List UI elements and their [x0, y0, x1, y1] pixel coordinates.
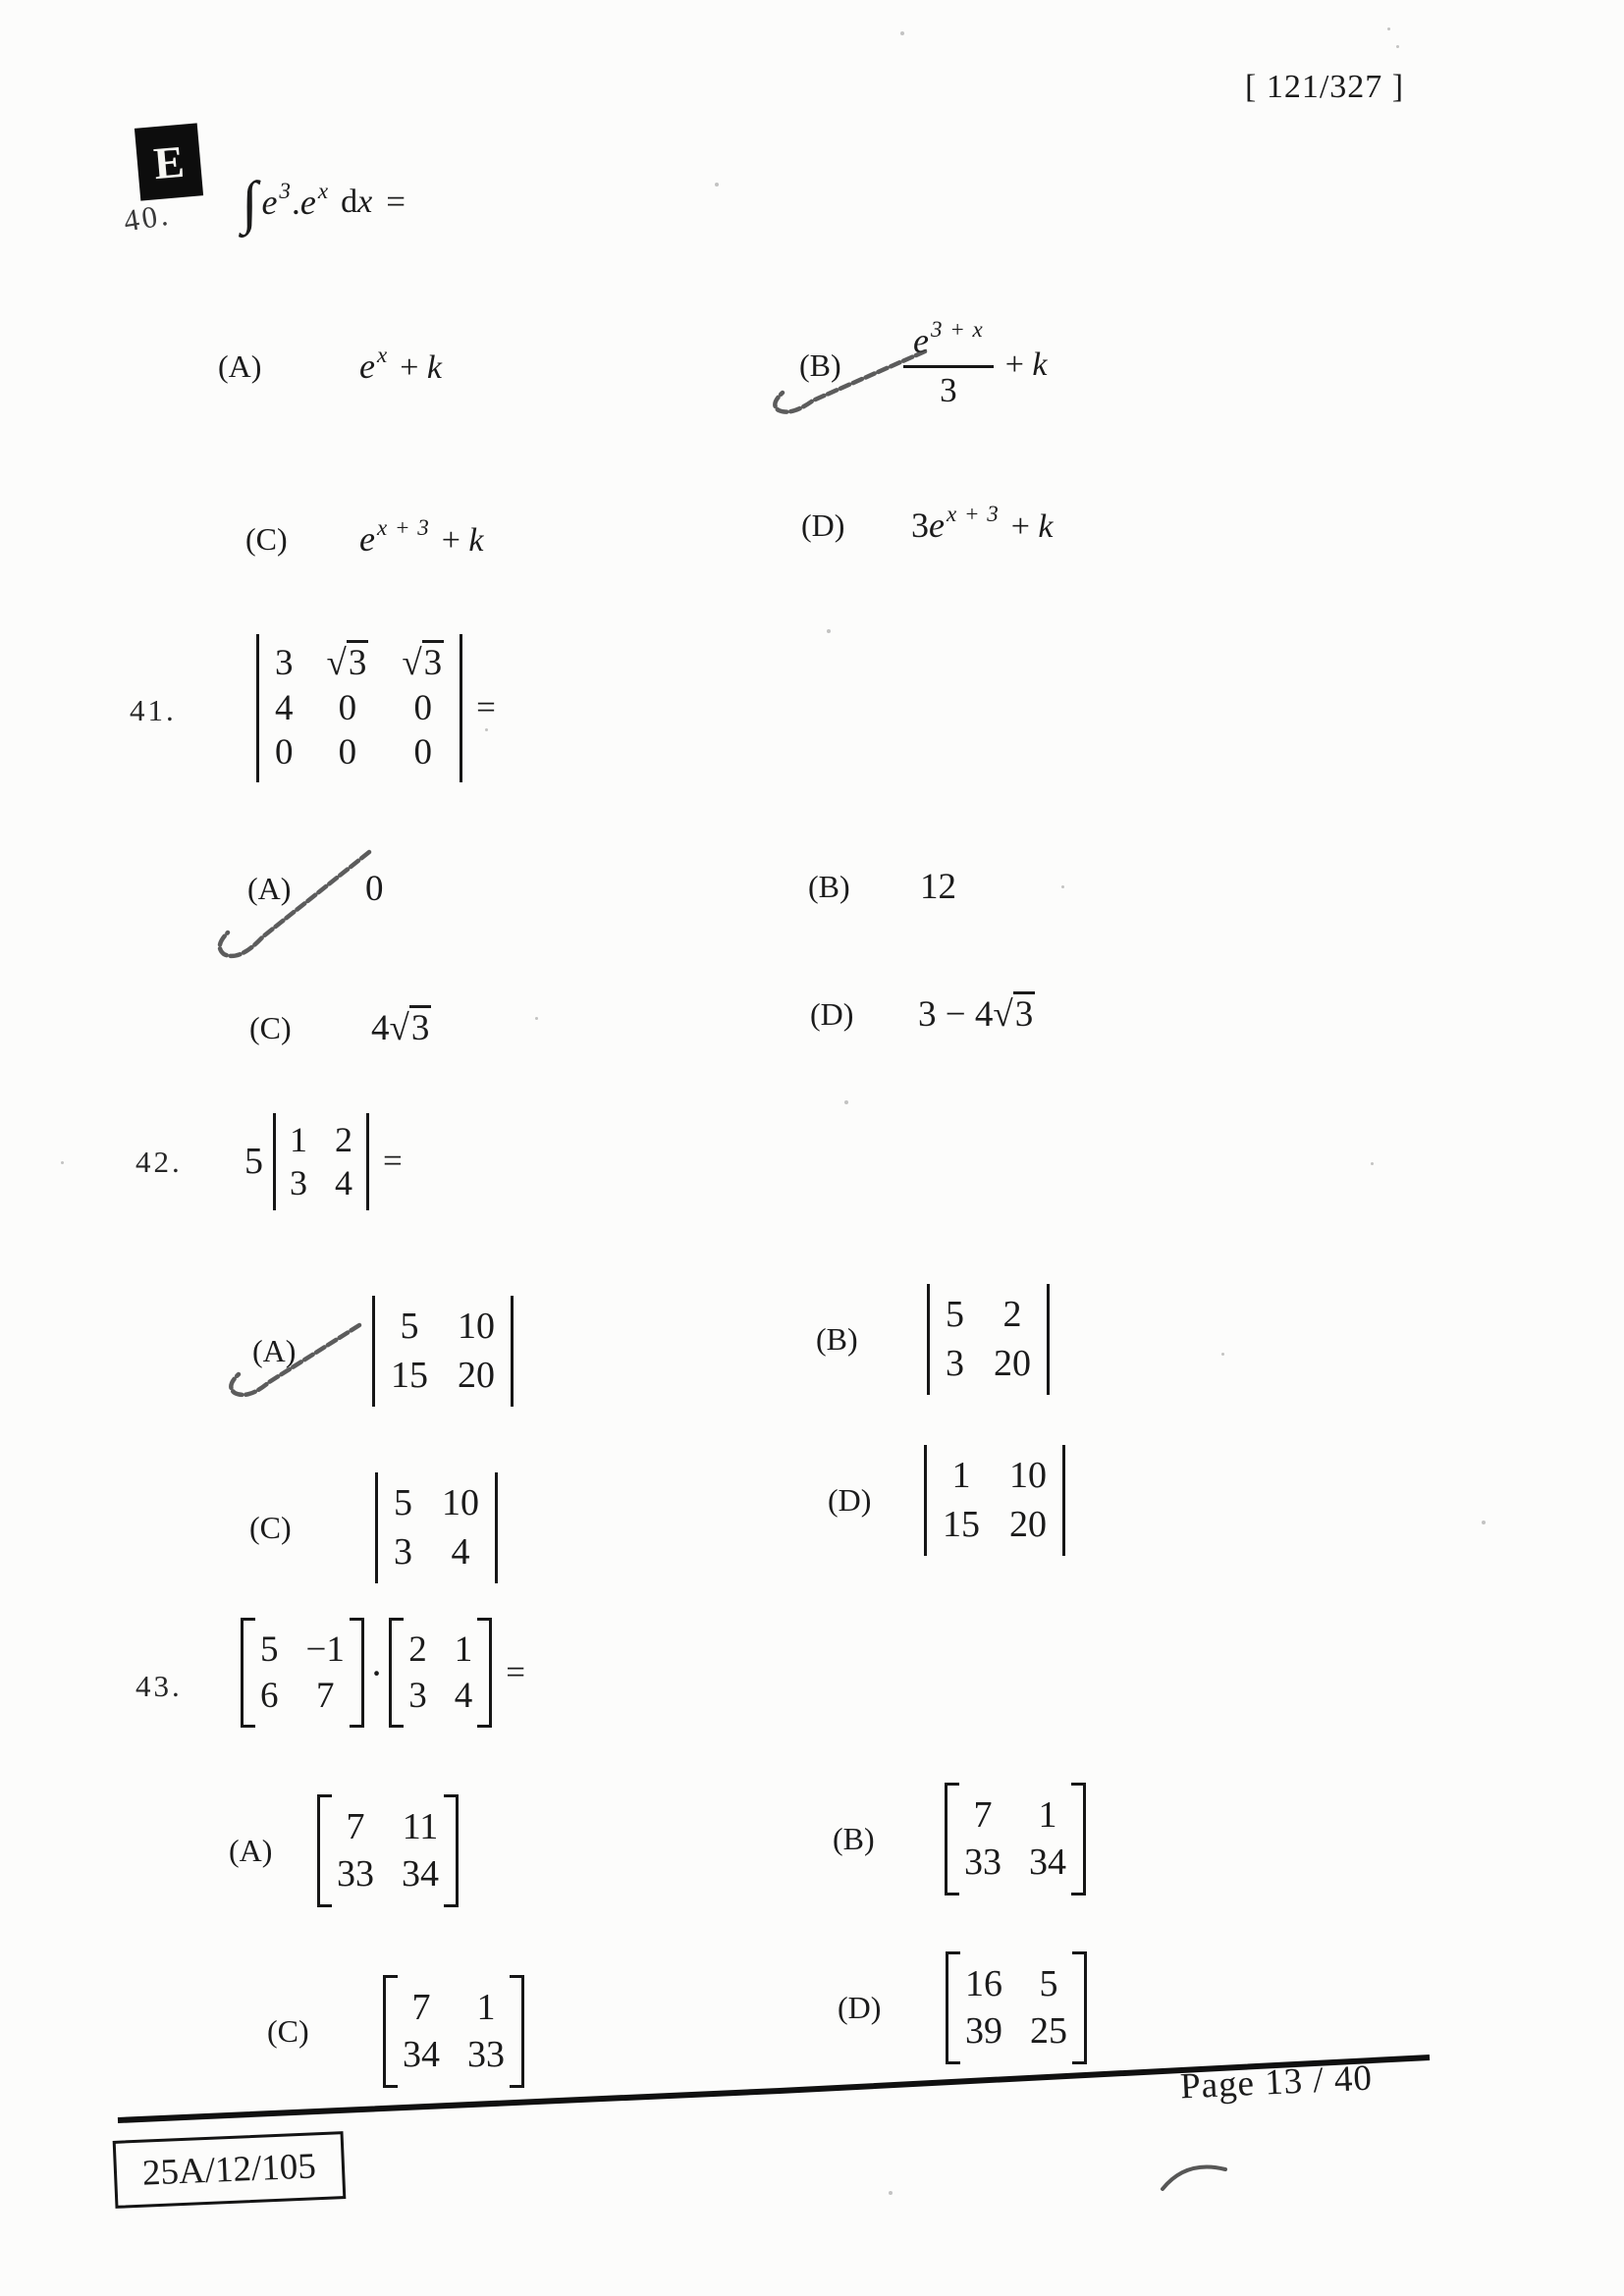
matrix-cell: 1 [455, 1628, 473, 1672]
fraction-denominator: 3 [940, 368, 957, 410]
constant-k: k [1038, 508, 1053, 545]
option-label: (D) [810, 996, 867, 1033]
matrix-cell: 3 [408, 1674, 427, 1718]
matrix-cell: 10 [458, 1304, 495, 1351]
option-formula: 3ex + 3+ k [911, 505, 1054, 546]
constant-k: k [427, 349, 442, 386]
integral-sign: ∫ [242, 173, 257, 232]
q41-option-d: (D) 3 − 4√3 [810, 993, 1035, 1036]
paper-code: 25A/12/105 [141, 2146, 316, 2193]
matrix-cell: 16 [965, 1961, 1002, 2006]
fraction-numerator-exponent: 3 + x [931, 317, 984, 343]
stem-exponent: x [318, 179, 329, 204]
matrix-cell: 4 [335, 1162, 352, 1203]
page-number: Page 13 / 40 [1179, 2057, 1374, 2109]
matrix-cell: 10 [1009, 1453, 1047, 1500]
scan-speck [844, 1100, 848, 1104]
matrix-cell: 1 [952, 1453, 971, 1500]
matrix-cell: 33 [337, 1851, 374, 1896]
scan-speck [900, 31, 904, 35]
equals-sign: = [383, 1142, 403, 1181]
q41-number: 41. [130, 693, 177, 728]
matrix-cell: 5 [401, 1304, 419, 1351]
matrix-cell: 4 [452, 1529, 470, 1576]
option-label: (B) [816, 1321, 873, 1358]
matrix-cell: 11 [403, 1804, 439, 1849]
matrix-cell: 5 [394, 1480, 412, 1527]
stem-coefficient: 5 [244, 1140, 263, 1183]
scanned-exam-page: E [ 121/327 ] 40. ∫ e3 . ex dx = (A) ex+… [0, 0, 1624, 2296]
q42-stem: 5 1234 = [244, 1113, 403, 1210]
determinant: 1101520 [924, 1445, 1065, 1556]
q43-option-b: (B) 713334 [833, 1783, 1086, 1896]
equals-sign: = [476, 688, 496, 727]
scan-speck [889, 2191, 893, 2195]
q42-option-c: (C) 51034 [249, 1472, 498, 1583]
booklet-code-box: E [135, 123, 203, 200]
option-label: (A) [218, 348, 275, 385]
tick-mark [202, 840, 377, 976]
matrix-cell: 20 [1009, 1502, 1047, 1549]
matrix-cell: −1 [306, 1628, 345, 1672]
formula-exponent: x + 3 [377, 515, 430, 541]
option-label: (D) [838, 1990, 894, 2026]
constant-k: k [468, 522, 483, 559]
q42-number: 42. [135, 1145, 183, 1180]
q42-option-b: (B) 52320 [816, 1284, 1050, 1395]
scan-speck [827, 629, 831, 633]
formula-coefficient: 3 [911, 506, 929, 545]
scan-speck [715, 183, 719, 187]
matrix-cell: 34 [402, 1851, 439, 1896]
matrix-cell: 7 [347, 1804, 365, 1849]
matrix: 5−167 [241, 1618, 364, 1728]
option-value: 3 − 4√3 [918, 993, 1035, 1036]
matrix-cell: 3 [275, 642, 294, 685]
corner-ref: [ 121/327 ] [1245, 69, 1404, 106]
determinant: 52320 [927, 1284, 1050, 1395]
dot-separator: . [292, 182, 300, 223]
option-label: (C) [245, 521, 302, 558]
option-value: 4√3 [371, 1007, 431, 1049]
tick-mark [216, 1315, 365, 1410]
formula-exponent: x [377, 343, 388, 368]
plus-sign: + [1005, 347, 1024, 383]
matrix-cell: 15 [391, 1353, 428, 1400]
option-label: (B) [833, 1821, 890, 1857]
matrix-cell: 1 [1039, 1792, 1057, 1838]
scan-speck [1061, 885, 1064, 888]
q41-option-c: (C) 4√3 [249, 1007, 431, 1049]
matrix: 7113334 [317, 1794, 459, 1907]
matrix-cell: 20 [994, 1341, 1031, 1388]
q41-option-b: (B) 12 [808, 866, 956, 908]
formula-base: e [359, 519, 375, 559]
matrix-cell: 0 [413, 731, 432, 774]
scan-speck [1482, 1521, 1486, 1524]
option-label: (A) [229, 1833, 286, 1869]
q40-option-d: (D) 3ex + 3+ k [801, 505, 1054, 546]
scan-speck [61, 1161, 64, 1164]
matrix-cell: 20 [458, 1353, 495, 1400]
determinant: 3√3√3400000 [256, 634, 462, 782]
q40-stem: ∫ e3 . ex dx = [242, 173, 406, 232]
q40-number: 40. [121, 196, 173, 239]
scan-speck [1371, 1162, 1374, 1165]
option-formula: ex+ k [359, 346, 442, 387]
stem-base: e [261, 183, 277, 222]
scan-speck [1396, 45, 1399, 48]
matrix-cell: 5 [260, 1628, 279, 1672]
option-formula: ex + 3+ k [359, 518, 484, 560]
matrix-cell: 0 [275, 731, 294, 774]
matrix-cell: 0 [339, 687, 357, 730]
multiply-dot: · [370, 1650, 383, 1696]
plus-sign: + [442, 522, 460, 559]
tick-mark [764, 342, 931, 424]
formula-base: e [359, 347, 375, 386]
option-value: 12 [920, 866, 956, 908]
matrix-cell: 3 [946, 1341, 964, 1388]
matrix-cell: 10 [442, 1480, 479, 1527]
matrix-cell: 33 [964, 1840, 1001, 1885]
option-label: (B) [808, 869, 865, 905]
plus-sign: + [1011, 508, 1030, 545]
matrix-cell: 4 [455, 1674, 473, 1718]
equals-sign: = [506, 1653, 525, 1692]
matrix-cell: 3 [394, 1529, 412, 1576]
scan-speck [535, 1017, 538, 1020]
differential-d: d [341, 184, 357, 220]
matrix-cell: 7 [974, 1792, 993, 1838]
equals-sign: = [386, 183, 406, 222]
option-label: (D) [801, 507, 858, 544]
stem-exponent: 3 [279, 179, 292, 204]
scan-speck [1221, 1353, 1224, 1356]
matrix-cell: 1 [477, 1985, 496, 2030]
differential-var: x [357, 184, 372, 220]
stem-base: e [300, 183, 316, 222]
matrix-cell: 2 [408, 1628, 427, 1672]
formula-exponent: x + 3 [947, 502, 1000, 527]
q43-option-a: (A) 7113334 [229, 1794, 459, 1907]
plus-sign: + [400, 349, 418, 386]
matrix-cell: 0 [339, 731, 357, 774]
determinant: 1234 [273, 1113, 369, 1210]
matrix-cell: 15 [943, 1502, 980, 1549]
matrix-cell: 7 [316, 1674, 335, 1718]
matrix-cell: 4 [275, 687, 294, 730]
option-label: (C) [249, 1510, 306, 1546]
matrix-cell: 34 [1029, 1840, 1066, 1885]
matrix-cell: 3 [290, 1162, 307, 1203]
q42-option-d: (D) 1101520 [828, 1445, 1065, 1556]
matrix-cell: 1 [290, 1119, 307, 1160]
determinant: 51034 [375, 1472, 498, 1583]
booklet-code: E [151, 134, 186, 188]
matrix-cell: √3 [402, 642, 444, 685]
scan-speck [1387, 27, 1390, 30]
q40-option-c: (C) ex + 3+ k [245, 518, 484, 560]
matrix-cell: 2 [335, 1119, 352, 1160]
option-label: (C) [249, 1010, 306, 1046]
paper-code-box: 25A/12/105 [114, 2136, 345, 2204]
scan-speck [485, 728, 488, 731]
matrix-cell: √3 [327, 642, 369, 685]
matrix: 713334 [945, 1783, 1086, 1896]
matrix-cell: 7 [412, 1985, 431, 2030]
q40-option-a: (A) ex+ k [218, 346, 442, 387]
formula-base: e [929, 506, 945, 545]
constant-k: k [1032, 347, 1047, 383]
q43-stem: 5−167 · 2134 = [241, 1618, 525, 1728]
matrix-cell: 6 [260, 1674, 279, 1718]
matrix-cell: 2 [1003, 1292, 1022, 1339]
matrix-cell: 5 [946, 1292, 964, 1339]
q43-number: 43. [135, 1669, 183, 1704]
determinant: 5101520 [372, 1296, 514, 1407]
pen-mark [1157, 2156, 1233, 2197]
q41-stem: 3√3√3400000 = [256, 634, 496, 782]
matrix-cell: 0 [413, 687, 432, 730]
matrix: 2134 [389, 1618, 492, 1728]
matrix-cell: 5 [1040, 1961, 1058, 2006]
option-label: (D) [828, 1482, 885, 1519]
